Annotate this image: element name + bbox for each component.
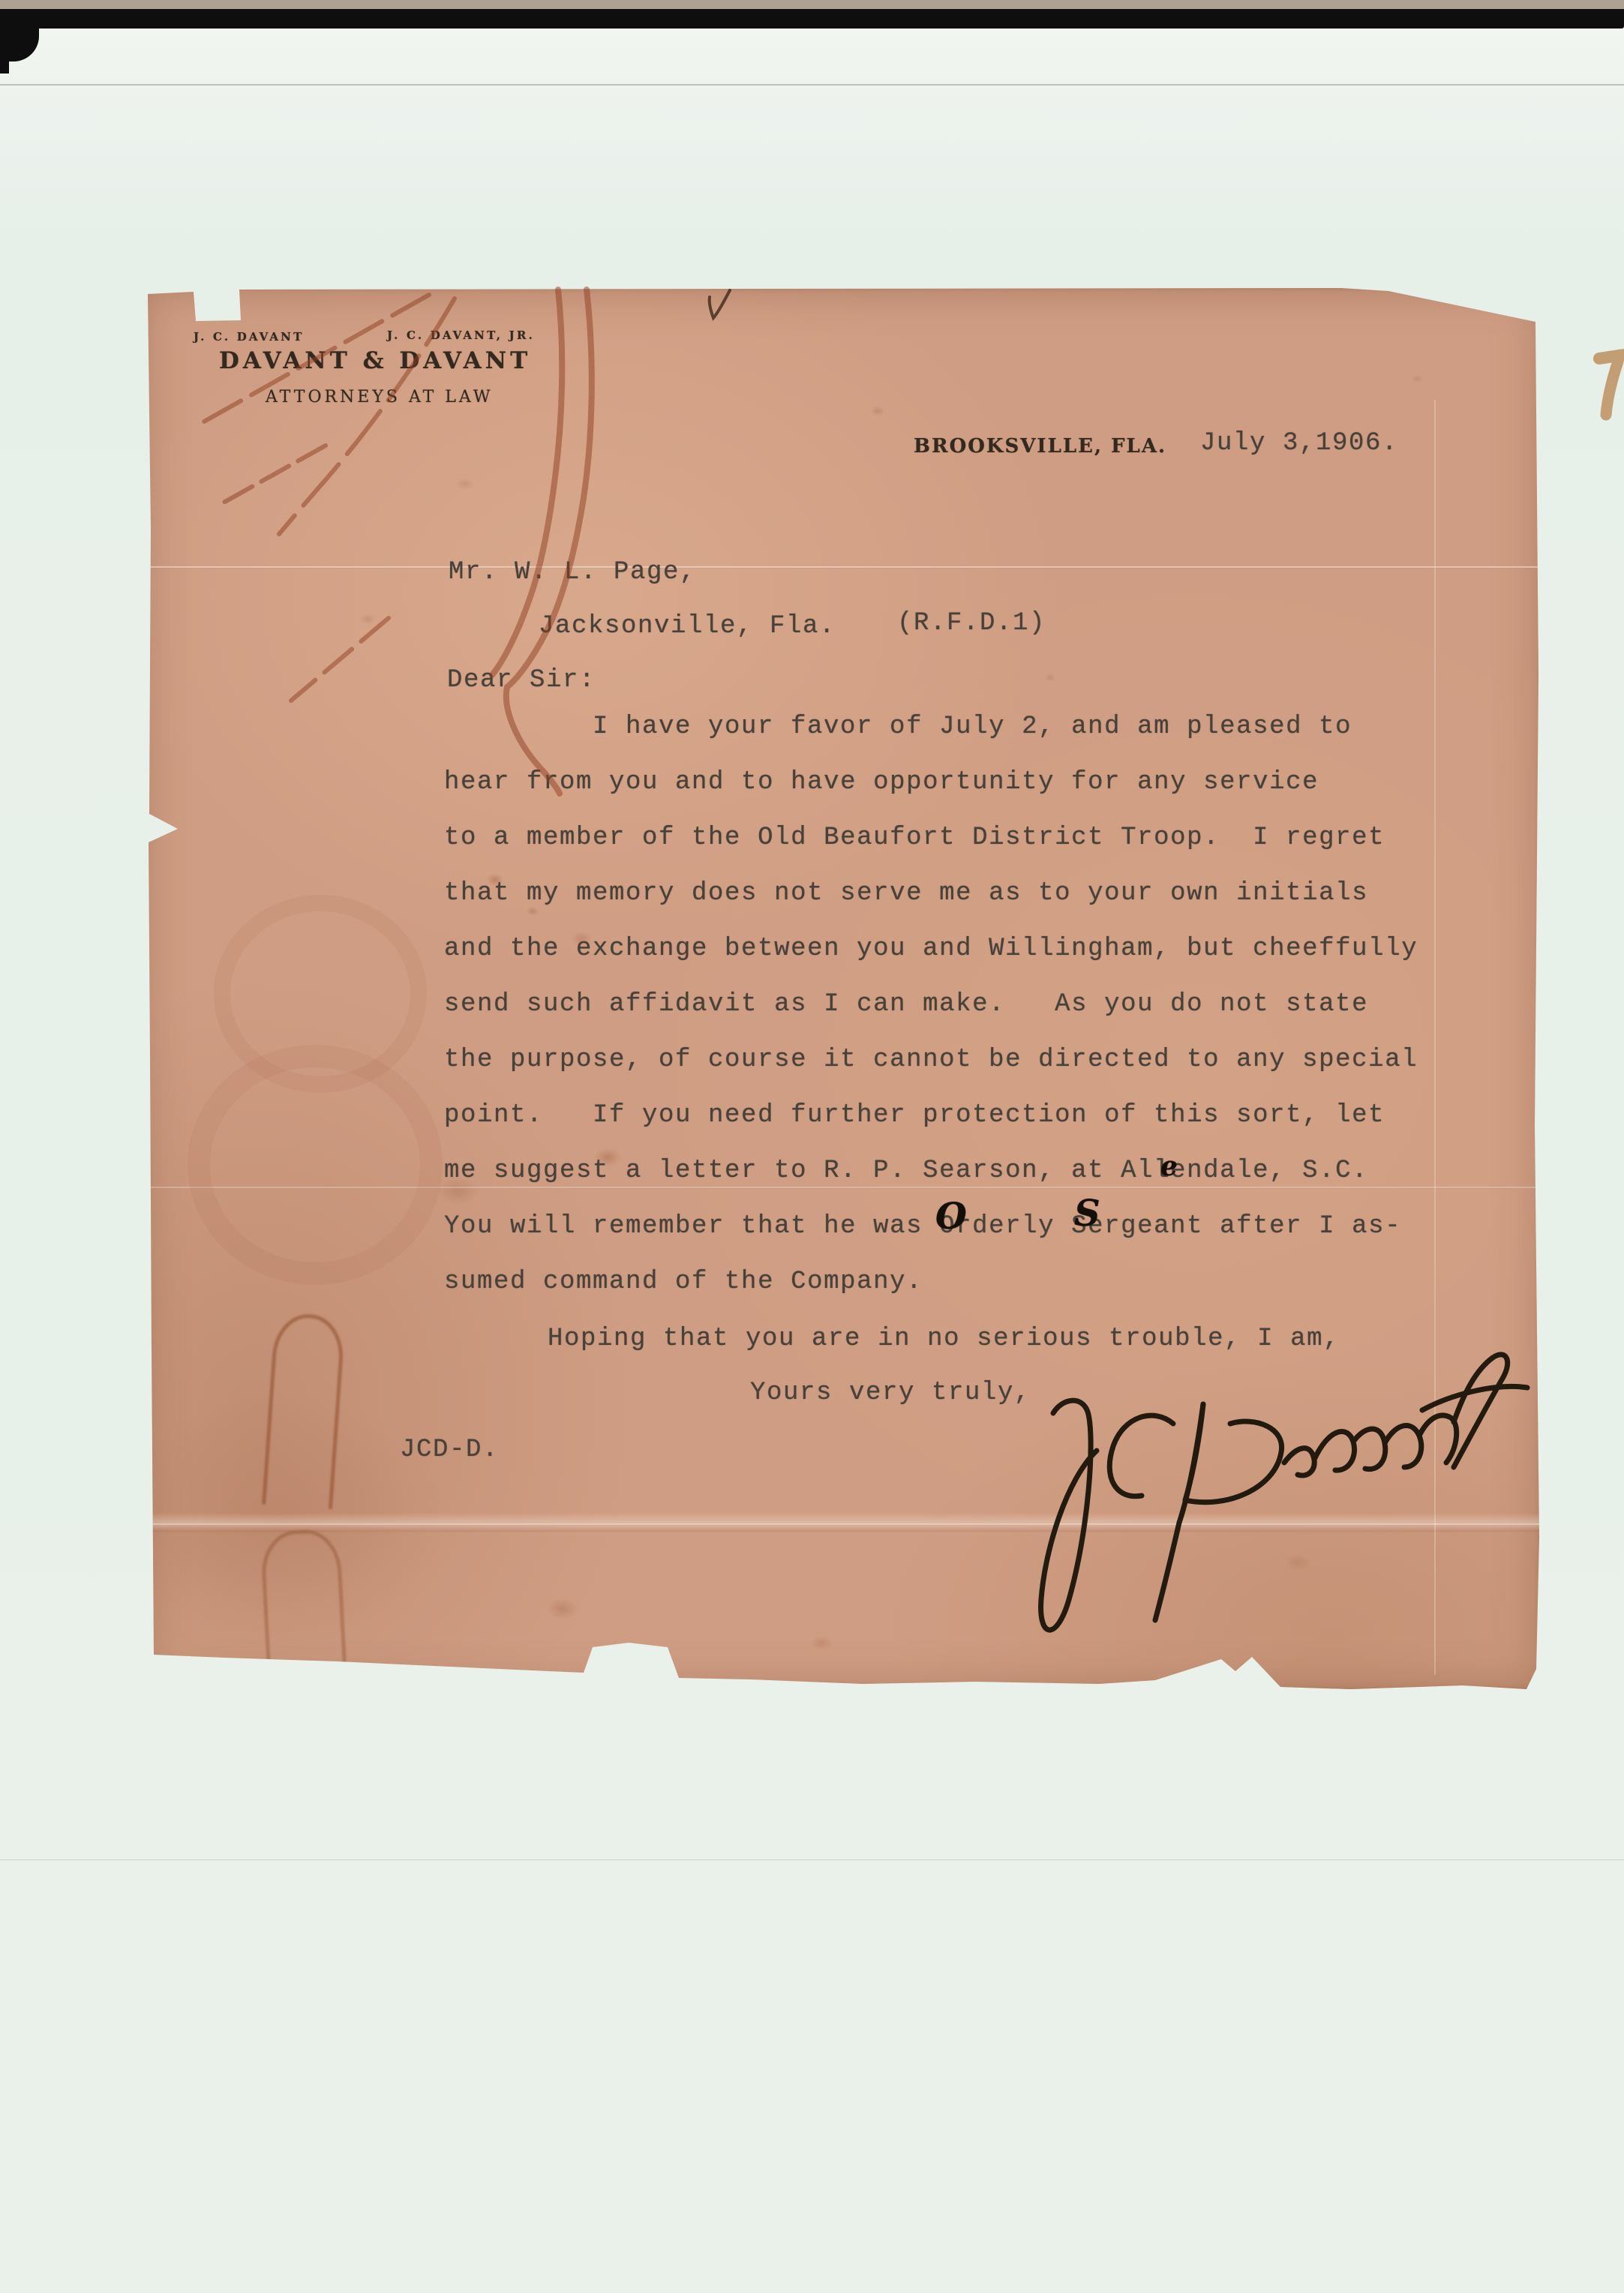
hoping-line: Hoping that you are in no serious troubl… bbox=[548, 1326, 1340, 1352]
vertical-crease bbox=[1434, 400, 1436, 1675]
edge-seven-mark bbox=[1599, 355, 1624, 415]
typed-line: hear from you and to have opportunity fo… bbox=[444, 770, 1319, 795]
ink-correction-sergeant: S bbox=[1074, 1193, 1100, 1235]
typist-initials: JCD-D. bbox=[400, 1437, 499, 1463]
typed-line: that my memory does not serve me as to y… bbox=[444, 881, 1368, 906]
fold-crease-bottom-line bbox=[143, 1523, 1541, 1526]
letterhead-tagline: ATTORNEYS AT LAW bbox=[266, 388, 494, 407]
recipient-name: Mr. W. L. Page, bbox=[449, 560, 696, 585]
ring-stain-2 bbox=[188, 1045, 443, 1285]
recipient-route-note: (R.F.D.1) bbox=[897, 611, 1046, 636]
dateline-place: BROOKSVILLE, FLA. bbox=[914, 435, 1166, 458]
backdrop-crease-line bbox=[0, 84, 1624, 86]
typed-line: the purpose, of course it cannot be dire… bbox=[444, 1047, 1418, 1073]
letterhead-firm-name: DAVANT & DAVANT bbox=[219, 347, 531, 374]
recipient-city: Jacksonville, Fla. bbox=[539, 614, 836, 639]
paperclip-rust-stain bbox=[262, 1312, 346, 1509]
letter-paper bbox=[143, 287, 1541, 1690]
typed-line: to a member of the Old Beaufort District… bbox=[444, 825, 1385, 851]
ink-correction-allendale: e bbox=[1160, 1151, 1178, 1182]
dateline-date: July 3,1906. bbox=[1200, 431, 1398, 456]
letterhead-name-left: J. C. DAVANT bbox=[194, 330, 304, 344]
backdrop-crease-line-2 bbox=[0, 1859, 1624, 1860]
closing-line: Yours very truly, bbox=[750, 1380, 1031, 1406]
typed-line: me suggest a letter to R. P. Searson, at… bbox=[444, 1158, 1368, 1184]
typed-line: You will remember that he was Orderly Se… bbox=[444, 1214, 1401, 1239]
fold-crease-bottom bbox=[143, 1513, 1541, 1532]
typed-line: I have your favor of July 2, and am plea… bbox=[593, 714, 1352, 740]
scanner-corner bbox=[8, 26, 39, 62]
typed-line: send such affidavit as I can make. As yo… bbox=[444, 992, 1368, 1017]
scanner-top-bar bbox=[0, 9, 1624, 29]
typed-line: and the exchange between you and Willing… bbox=[444, 936, 1418, 962]
typed-line: sumed command of the Company. bbox=[444, 1269, 923, 1295]
ink-correction-orderly: O bbox=[935, 1196, 967, 1238]
scanned-letter-page: { "document": { "kind": "typewritten bus… bbox=[0, 0, 1624, 2293]
fold-crease-top bbox=[143, 566, 1541, 569]
letterhead-name-right: J. C. DAVANT, JR. bbox=[387, 329, 535, 342]
salutation: Dear Sir: bbox=[447, 668, 596, 693]
typed-line: point. If you need further protection of… bbox=[444, 1103, 1385, 1128]
paperclip-rust-stain-2 bbox=[260, 1528, 347, 1693]
